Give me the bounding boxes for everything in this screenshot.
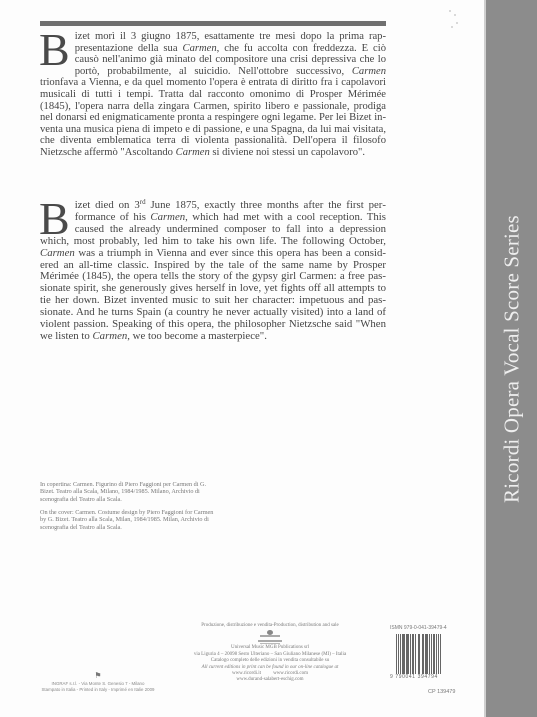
printer-line-2: Stampato in Italia - Printed in Italy - … xyxy=(38,687,158,693)
catalogue-number: CP 139479 xyxy=(428,689,455,695)
publisher-info: Produzione, distribuzione e vendita-Prod… xyxy=(170,623,370,684)
top-rule xyxy=(40,21,386,26)
cover-note-italian: In copertina: Carmen. Figurino di Piero … xyxy=(40,481,220,503)
publisher-heading: Produzione, distribuzione e vendita-Prod… xyxy=(170,623,370,629)
printer-info: ⚑ INGRAF s.r.l. - Via Monte S. Genesio 7… xyxy=(38,672,158,693)
barcode-icon xyxy=(396,634,460,674)
italian-paragraph: B izet morì il 3 giugno 1875, esattament… xyxy=(40,31,386,159)
printer-logo-icon: ⚑ xyxy=(38,672,158,680)
cover-note-english: On the cover: Carmen. Costume design by … xyxy=(40,509,220,531)
drop-cap: B xyxy=(39,32,70,66)
drop-cap: B xyxy=(39,201,70,235)
english-text: izet died on 3rd June 1875, exactly thre… xyxy=(40,199,386,342)
barcode-digits: 9 790041 394794 xyxy=(390,674,468,680)
spine-band: Ricordi Opera Vocal Score Series xyxy=(486,0,537,717)
url-ricordi-com[interactable]: www.ricordi.com xyxy=(273,671,308,676)
print-speckle xyxy=(448,8,460,32)
url-ricordi-it[interactable]: www.ricordi.it xyxy=(232,671,261,676)
url-durand[interactable]: www.durand-salabert-eschig.com xyxy=(170,677,370,683)
series-title: Ricordi Opera Vocal Score Series xyxy=(499,215,524,503)
ismn-label: ISMN 979-0-041-39479-4 xyxy=(390,625,470,631)
italian-text: izet morì il 3 giugno 1875, esattamente … xyxy=(40,31,386,158)
universal-music-logo-icon xyxy=(250,630,290,644)
english-paragraph: B izet died on 3rd June 1875, exactly th… xyxy=(40,200,386,343)
